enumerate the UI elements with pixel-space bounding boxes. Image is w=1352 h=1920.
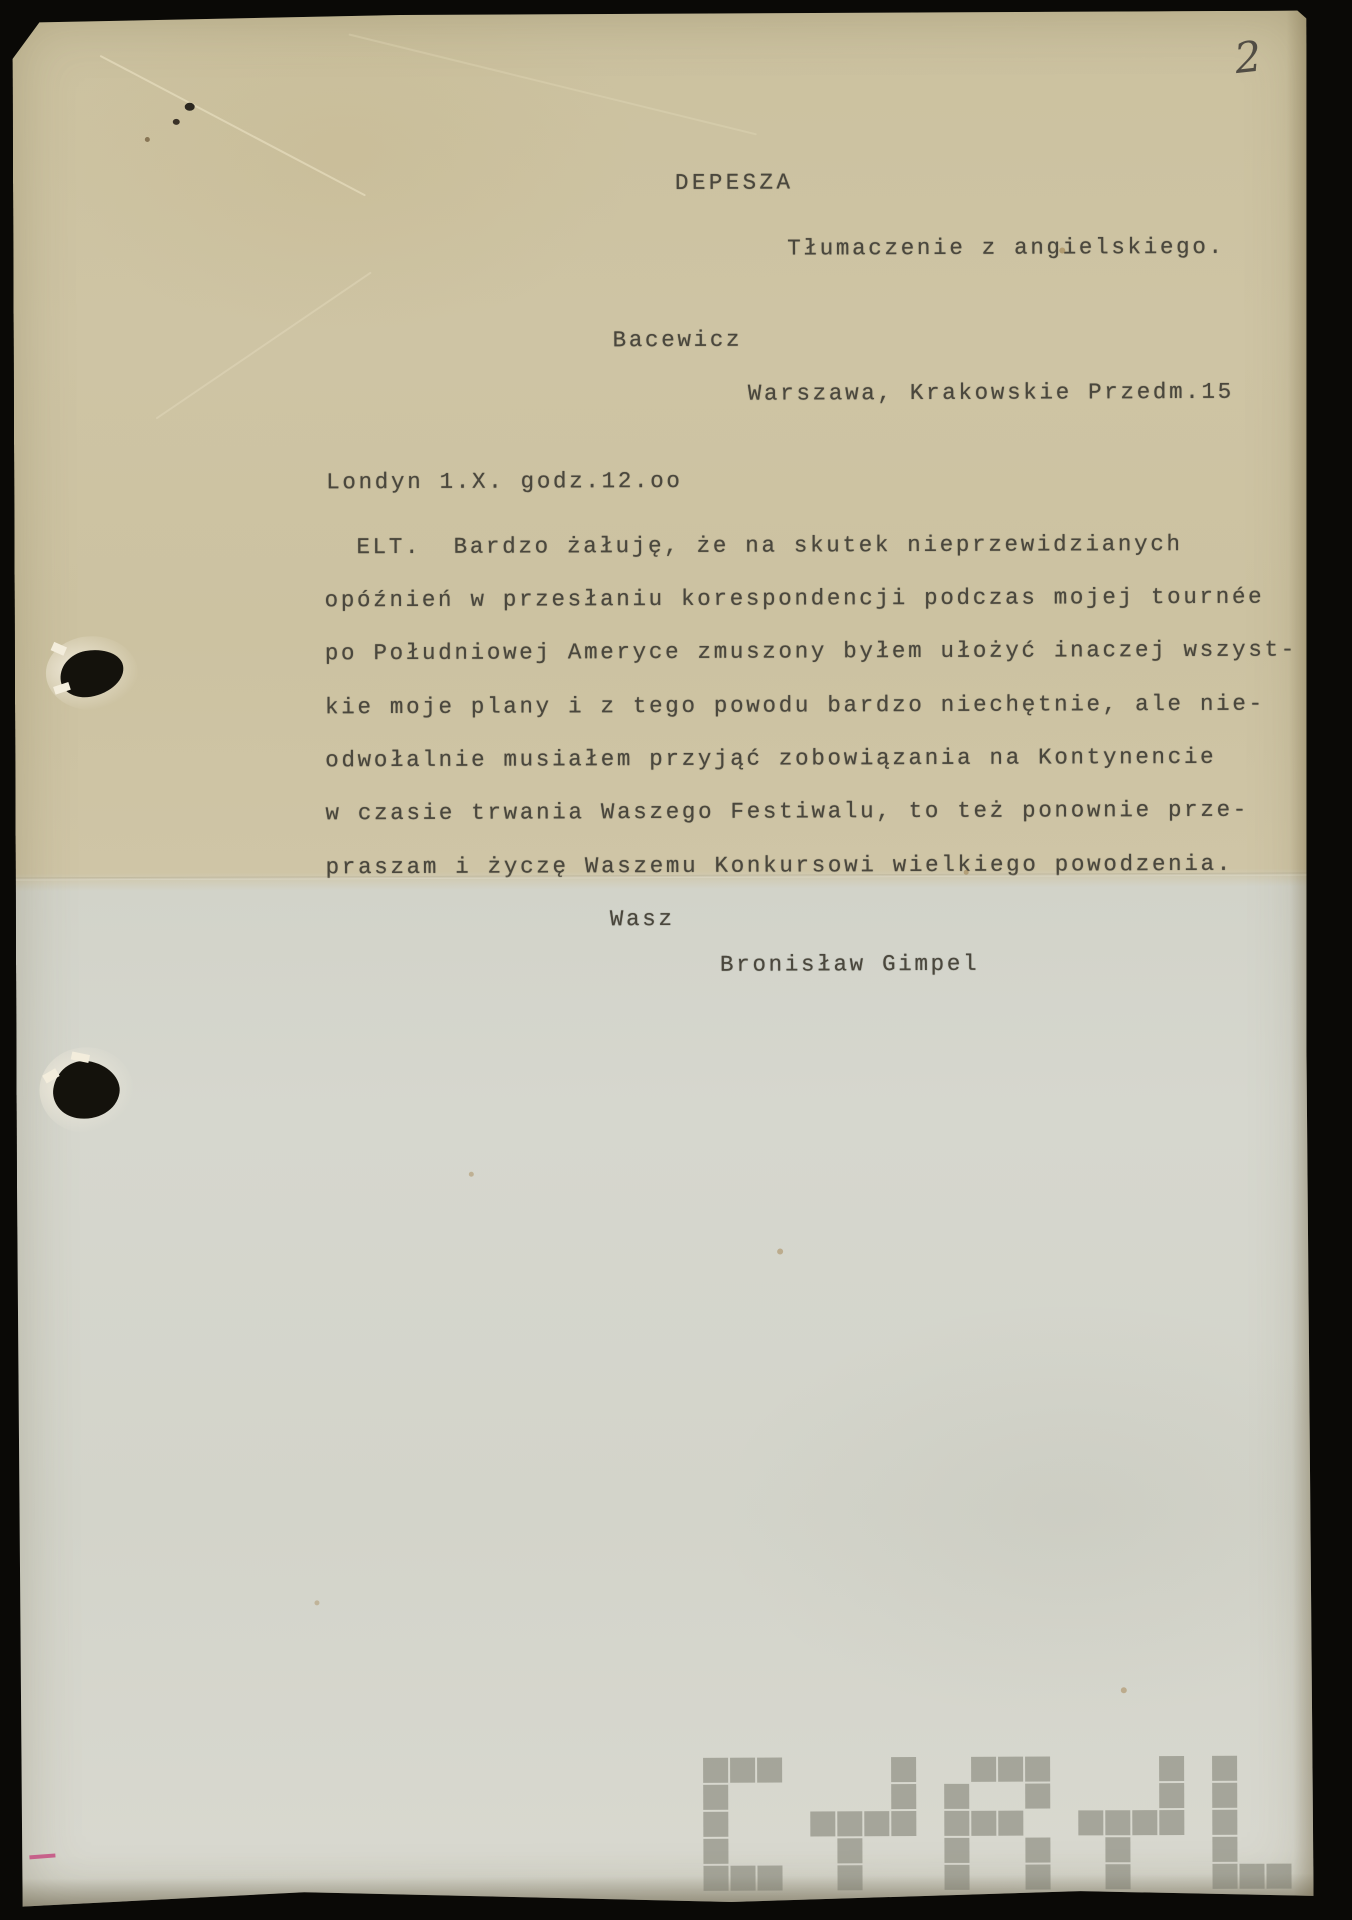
- translation-note: Tłumaczenie z angielskiego.: [787, 234, 1225, 263]
- paper-right-edge-shadow: [1286, 11, 1313, 1904]
- body-line: po Południowej Ameryce zmuszony byłem uł…: [325, 637, 1297, 668]
- scan-background: { "document": { "page_number": "2", "tit…: [0, 0, 1352, 1920]
- body-line: ELT. Bardzo żałuję, że na skutek nieprze…: [356, 531, 1182, 561]
- body-line: kie moje plany i z tego powodu bardzo ni…: [325, 691, 1265, 722]
- recipient-name: Bacewicz: [613, 327, 743, 354]
- document-page: 2 DEPESZA Tłumaczenie z angielskiego. Ba…: [12, 11, 1313, 1909]
- watermark-letter: [944, 1757, 1053, 1892]
- body-line: opóźnień w przesłaniu korespondencji pod…: [325, 584, 1265, 615]
- stain-spot: [1059, 247, 1065, 253]
- punch-hole-top: [60, 650, 124, 696]
- watermark-letter: [810, 1757, 919, 1892]
- stain-spot: [185, 103, 195, 111]
- crease-line: [348, 33, 756, 135]
- stain-spot: [1121, 1687, 1127, 1693]
- body-line: w czasie trwania Waszego Festiwalu, to t…: [325, 797, 1249, 828]
- cyryl-watermark: [703, 1755, 1320, 1892]
- watermark-letter: [1078, 1756, 1187, 1891]
- crease-line: [100, 55, 366, 197]
- closing-word: Wasz: [610, 906, 675, 933]
- origin-date-line: Londyn 1.X. godz.12.oo: [326, 468, 683, 496]
- stain-spot: [314, 1600, 319, 1605]
- body-line: odwołalnie musiałem przyjąć zobowiązania…: [325, 744, 1216, 774]
- crease-line: [156, 272, 372, 420]
- stain-spot: [777, 1249, 783, 1255]
- recipient-address: Warszawa, Krakowskie Przedm.15: [748, 379, 1234, 408]
- stain-spot: [145, 137, 150, 142]
- page-number-handwritten: 2: [1232, 31, 1264, 83]
- telegram-title: DEPESZA: [675, 169, 793, 196]
- stain-spot: [173, 119, 180, 125]
- watermark-letter: [1212, 1756, 1294, 1891]
- watermark-letter: [703, 1758, 785, 1893]
- stain-spot: [469, 1172, 474, 1177]
- pink-pencil-mark: [29, 1853, 55, 1859]
- signature-name: Bronisław Gimpel: [720, 951, 979, 979]
- punch-hole-bottom: [53, 1061, 119, 1119]
